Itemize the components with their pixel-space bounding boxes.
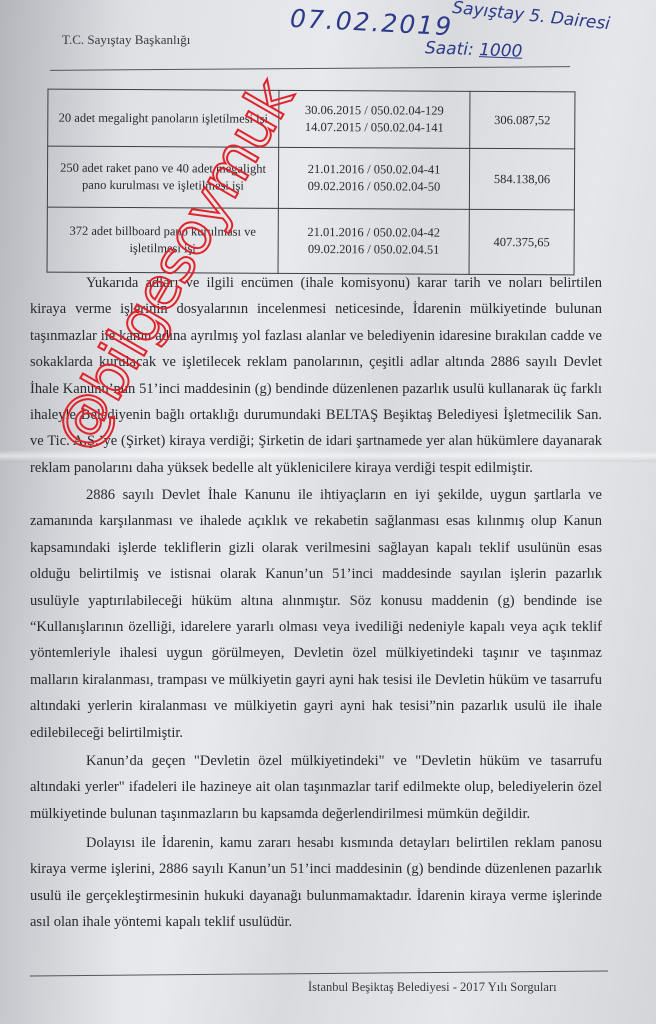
decision-line: 09.02.2016 / 050.02.04.51 [285, 241, 463, 259]
institution-header: T.C. Sayıştay Başkanlığı [62, 32, 190, 48]
amount-cell: 584.138,06 [469, 148, 574, 210]
decision-line: 21.01.2016 / 050.02.04-41 [285, 161, 463, 179]
header-divider [50, 66, 570, 71]
footer-text: İstanbul Beşiktaş Belediyesi - 2017 Yılı… [308, 980, 557, 995]
decision-cell: 21.01.2016 / 050.02.04-42 09.02.2016 / 0… [278, 208, 469, 274]
paragraph-text: Dolayısı ile İdarenin, kamu zararı hesab… [30, 830, 602, 936]
amount-cell: 306.087,52 [470, 91, 575, 149]
works-table: 20 adet megalight panoların işletilmesi … [47, 89, 576, 276]
decision-line: 09.02.2016 / 050.02.04-50 [285, 178, 463, 196]
document-page: T.C. Sayıştay Başkanlığı 07.02.2019 Sayı… [0, 0, 656, 1024]
table-row: 20 adet megalight panoların işletilmesi … [48, 89, 575, 149]
decision-cell: 30.06.2015 / 050.02.04-129 14.07.2015 / … [279, 90, 470, 148]
decision-cell: 21.01.2016 / 050.02.04-41 09.02.2016 / 0… [278, 147, 469, 209]
handwritten-date: 07.02.2019 [289, 4, 453, 41]
paragraph-definition: Kanun’da geçen "Devletin özel mülkiyetin… [30, 748, 602, 827]
decision-line: 14.07.2015 / 050.02.04-141 [285, 119, 463, 137]
decision-line: 21.01.2016 / 050.02.04-42 [285, 224, 463, 242]
handwritten-office: Sayıştay 5. Dairesi [451, 0, 611, 34]
table-row: 372 adet billboard pano kurulması ve işl… [47, 207, 574, 275]
handwritten-time-label: Saati: [425, 38, 474, 60]
decision-line: 30.06.2015 / 050.02.04-129 [285, 102, 463, 120]
handwritten-time: Saati: 1000 [425, 38, 523, 61]
paragraph-conclusion: Dolayısı ile İdarenin, kamu zararı hesab… [30, 830, 602, 936]
paragraph-text: Kanun’da geçen "Devletin özel mülkiyetin… [30, 748, 602, 827]
amount-cell: 407.375,65 [469, 209, 574, 275]
paragraph-law: 2886 sayılı Devlet İhale Kanunu ile ihti… [30, 482, 602, 746]
handwritten-time-value: 1000 [479, 40, 523, 61]
table-row: 250 adet raket pano ve 40 adet megalight… [47, 146, 574, 210]
paragraph-text: 2886 sayılı Devlet İhale Kanunu ile ihti… [30, 482, 602, 746]
